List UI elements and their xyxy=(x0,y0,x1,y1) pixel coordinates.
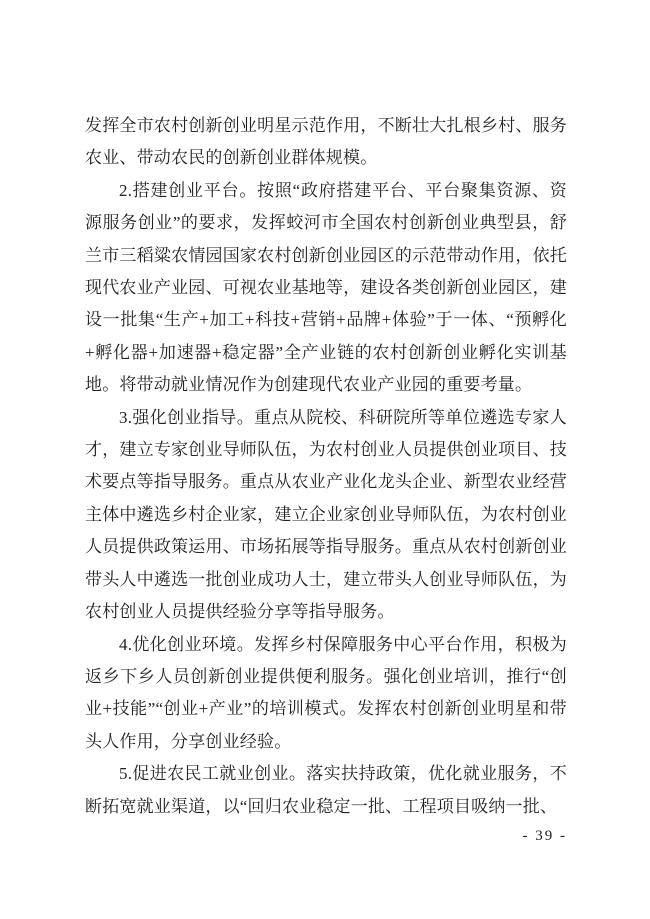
paragraph-item-4: 4.优化创业环境。发挥乡村保障服务中心平台作用，积极为返乡下乡人员创新创业提供便… xyxy=(85,629,567,759)
document-body: 发挥全市农村创新创业明星示范作用，不断壮大扎根乡村、服务农业、带动农民的创新创业… xyxy=(85,110,567,823)
document-page: 发挥全市农村创新创业明星示范作用，不断壮大扎根乡村、服务农业、带动农民的创新创业… xyxy=(0,0,650,919)
paragraph-item-2: 2.搭建创业平台。按照“政府搭建平台、平台聚集资源、资源服务创业”的要求，发挥蛟… xyxy=(85,175,567,402)
paragraph-continuation: 发挥全市农村创新创业明星示范作用，不断壮大扎根乡村、服务农业、带动农民的创新创业… xyxy=(85,110,567,175)
page-number: - 39 - xyxy=(523,827,568,845)
paragraph-item-5: 5.促进农民工就业创业。落实扶持政策，优化就业服务，不断拓宽就业渠道，以“回归农… xyxy=(85,758,567,823)
paragraph-item-3: 3.强化创业指导。重点从院校、科研院所等单位遴选专家人才，建立专家创业导师队伍，… xyxy=(85,402,567,629)
